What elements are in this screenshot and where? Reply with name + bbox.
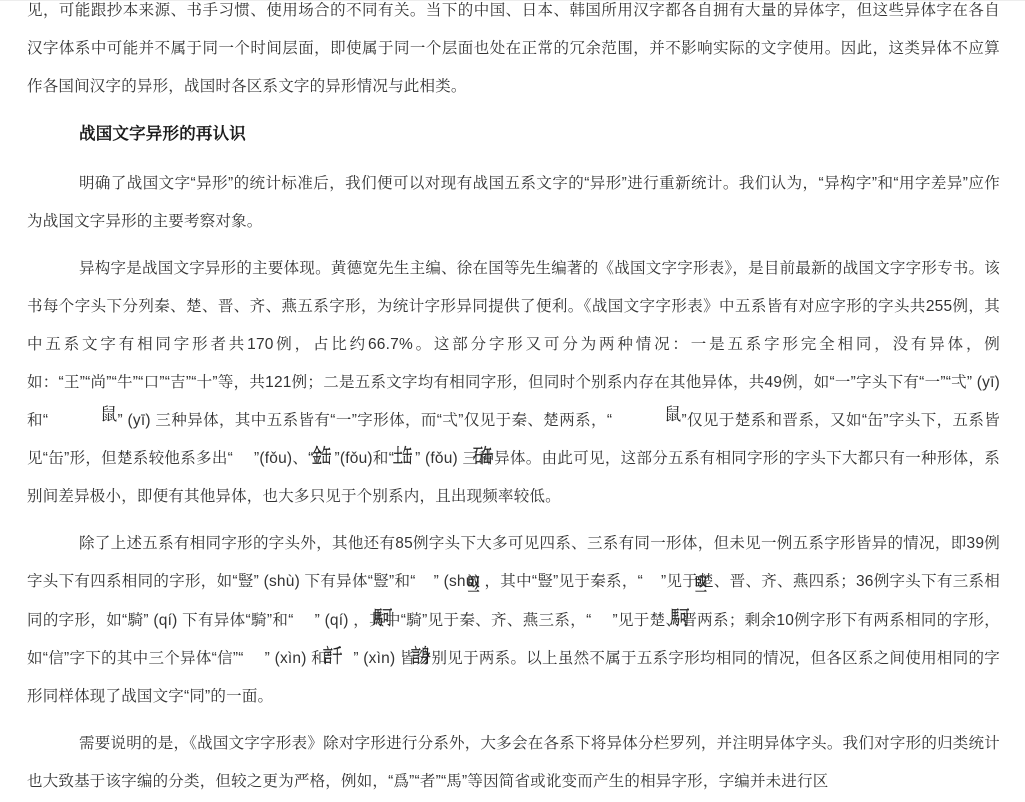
paragraph: 除了上述五系有相同字形的字头外，其他还有85例字头下大多可见四系、三系有同一形体… [27,525,1000,716]
archaic-glyph-composite: 土缶 [314,447,335,466]
text-run: ” (yī) 三种异体，其中五系皆有“一”字形体，而“弌”仅见于秦、楚两系，“ [117,412,612,429]
text-run: 需要说明的是，《战国文字字形表》除对字形进行分系外，大多会在各系下将异体分栏罗列… [27,735,1000,790]
archaic-glyph: 鼠 [48,406,117,423]
archaic-glyph-composite: 言千 [244,647,265,666]
paragraph: 需要说明的是，《战国文字字形表》除对字形进行分系外，大多会在各系下将异体分栏罗列… [27,725,1000,801]
archaic-glyph-composite: 馬可 [591,609,612,628]
paragraph: 见，可能跟抄本来源、书手习惯、使用场合的不同有关。当下的中国、日本、韩国所用汉字… [27,0,1000,106]
section-heading: 战国文字异形的再认识 [79,115,1000,153]
text-run: 异构字是战国文字异形的主要体现。黄德宽先生主编、徐在国等先生编著的《战国文字字形… [27,260,1000,429]
archaic-glyph: 鼠 [612,406,681,423]
document-body: 见，可能跟抄本来源、书手习惯、使用场合的不同有关。当下的中国、日本、韩国所用汉字… [0,0,1025,801]
archaic-glyph-stacked: 臤一 [643,576,661,598]
document-page: 见，可能跟抄本来源、书手习惯、使用场合的不同有关。当下的中国、日本、韩国所用汉字… [0,0,1025,802]
text-run: ” (shù) ，其中“豎”见于秦系，“ [434,573,643,590]
text-run: 见，可能跟抄本来源、书手习惯、使用场合的不同有关。当下的中国、日本、韩国所用汉字… [27,2,1000,95]
archaic-glyph-composite: 馬可 [294,609,315,628]
paragraph: 异构字是战国文字异形的主要体现。黄德宽先生主编、徐在国等先生编著的《战国文字字形… [27,250,1000,516]
text-run: 明确了战国文字“异形”的统计标准后，我们便可以对现有战国五系文字的“异形”进行重… [27,175,1000,230]
archaic-glyph-composite: 石缶 [394,447,415,466]
archaic-glyph-composite: 金缶 [233,447,254,466]
archaic-glyph-composite: 言身 [332,647,353,666]
paragraph: 明确了战国文字“异形”的统计标准后，我们便可以对现有战国五系文字的“异形”进行重… [27,165,1000,241]
archaic-glyph-stacked: 臤一 [416,576,434,598]
